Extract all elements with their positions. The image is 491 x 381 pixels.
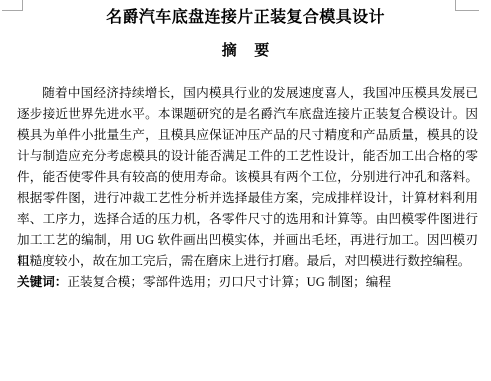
document-title: 名爵汽车底盘连接片正装复合模具设计: [0, 6, 491, 30]
paragraph-line: 计与制造应充分考虑模具的设计能否满足工件的工艺性设计，能否加工出合格的零: [17, 146, 478, 167]
paragraph-line: 根据零件图，进行冲裁工艺性分析并选择最佳方案，完成排样设计，计算材料利用: [17, 188, 478, 209]
paragraph-line: 加工工艺的编制，用 UG 软件画出凹模实体，并画出毛坯，再进行加工。因凹模刃口: [17, 230, 478, 251]
keywords-text: 正装复合模；零部件选用；刃口尺寸计算；UG 制图；编程: [67, 275, 391, 289]
keywords-label: 关键词：: [17, 275, 67, 289]
paragraph-line: 随着中国经济持续增长，国内模具行业的发展速度喜人，我国冲压模具发展已: [17, 83, 478, 104]
abstract-paragraph: 随着中国经济持续增长，国内模具行业的发展速度喜人，我国冲压模具发展已 逐步接近世…: [17, 83, 478, 293]
paragraph-line: 率、工序力，选择合适的压力机，各零件尺寸的选用和计算等。由凹模零件图进行: [17, 209, 478, 230]
paragraph-line: 件，能否使零件具有较高的使用寿命。该模具有两个工位，分别进行冲孔和落料。: [17, 167, 478, 188]
paragraph-line: 粗糙度较小，故在加工完后，需在磨床上进行打磨。最后，对凹模进行数控编程。: [17, 251, 478, 272]
paragraph-line: 逐步接近世界先进水平。本课题研究的是名爵汽车底盘连接片正装复合模设计。因: [17, 104, 478, 125]
abstract-heading: 摘 要: [0, 40, 491, 62]
keywords-line: 关键词：正装复合模；零部件选用；刃口尺寸计算；UG 制图；编程: [17, 272, 478, 293]
paragraph-line: 模具为单件小批量生产，且模具应保证冲压产品的尺寸精度和产品质量，模具的设: [17, 125, 478, 146]
document-page: 名爵汽车底盘连接片正装复合模具设计 摘 要 随着中国经济持续增长，国内模具行业的…: [0, 0, 491, 381]
